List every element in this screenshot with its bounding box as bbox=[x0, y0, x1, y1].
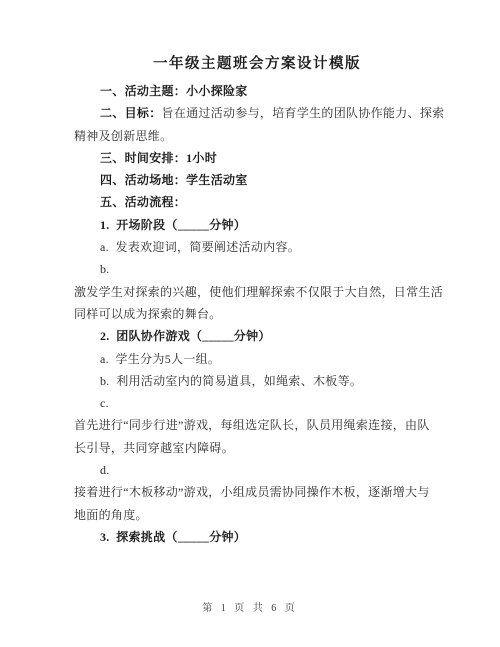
flow-item2-a: a. 学生分为5人一组。 bbox=[74, 348, 440, 370]
flow-item3-heading: 3. 探索挑战（_____分钟） bbox=[74, 526, 440, 548]
section-flow: 五、活动流程： bbox=[74, 191, 440, 213]
flow-item1-b-marker: b. bbox=[74, 258, 440, 280]
flow-item2-d-line2: 地面的角度。 bbox=[74, 504, 440, 526]
section-time: 三、时间安排：1小时 bbox=[74, 147, 440, 169]
flow-item2-heading: 2. 团队协作游戏（_____分钟） bbox=[74, 325, 440, 347]
document-content: 一年级主题班会方案设计模版 一、活动主题：小小探险家 二、目标：旨在通过活动参与… bbox=[0, 0, 500, 548]
section-goal-line2: 精神及创新思维。 bbox=[74, 125, 440, 147]
section-venue: 四、活动场地：学生活动室 bbox=[74, 169, 440, 191]
flow-item2-d-line1: 接着进行“木板移动”游戏，小组成员需协同操作木板，逐渐增大与 bbox=[74, 481, 440, 503]
flow-item2-d-marker: d. bbox=[74, 459, 440, 481]
section-theme: 一、活动主题：小小探险家 bbox=[74, 80, 440, 102]
flow-item1-a: a. 发表欢迎词，简要阐述活动内容。 bbox=[74, 236, 440, 258]
flow-item1-b-line2: 同样可以成为探索的舞台。 bbox=[74, 303, 440, 325]
flow-item2-c-marker: c. bbox=[74, 392, 440, 414]
doc-title: 一年级主题班会方案设计模版 bbox=[74, 52, 440, 76]
flow-item1-b-line1: 激发学生对探索的兴趣，使他们理解探索不仅限于大自然，日常生活 bbox=[74, 281, 440, 303]
section-goal-line1: 二、目标：旨在通过活动参与，培育学生的团队协作能力、探索 bbox=[74, 102, 440, 124]
section-goal-text: 旨在通过活动参与，培育学生的团队协作能力、探索 bbox=[162, 106, 445, 120]
flow-item2-c-line1: 首先进行“同步行进”游戏，每组选定队长，队员用绳索连接，由队 bbox=[74, 414, 440, 436]
flow-item2-c-line2: 长引导，共同穿越室内障碍。 bbox=[74, 437, 440, 459]
page-number: 第 1 页 共 6 页 bbox=[0, 599, 500, 614]
document-page: 一年级主题班会方案设计模版 一、活动主题：小小探险家 二、目标：旨在通过活动参与… bbox=[0, 0, 500, 647]
flow-item2-b: b. 利用活动室内的简易道具，如绳索、木板等。 bbox=[74, 370, 440, 392]
flow-item1-heading: 1. 开场阶段（_____分钟） bbox=[74, 214, 440, 236]
section-goal-label: 二、目标： bbox=[100, 106, 162, 120]
